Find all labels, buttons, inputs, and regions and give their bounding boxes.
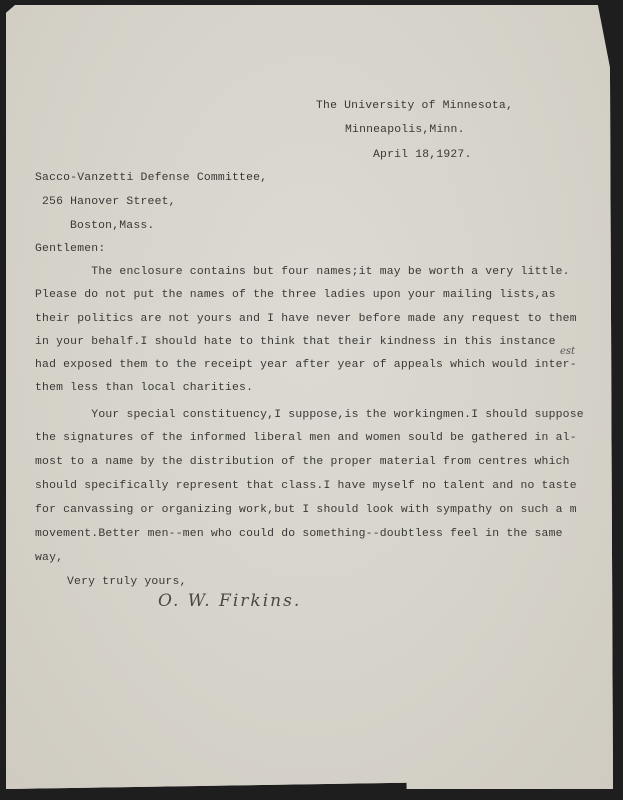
body-line: in your behalf.I should hate to think th…: [35, 336, 556, 348]
body-line: most to a name by the distribution of th…: [35, 456, 570, 468]
handwritten-insertion: est: [560, 346, 575, 357]
body-line: The enclosure contains but four names;it…: [35, 266, 570, 278]
salutation: Gentlemen:: [35, 243, 105, 255]
header-date: April 18,1927.: [373, 149, 472, 161]
body-line: Please do not put the names of the three…: [35, 289, 556, 301]
recipient-city: Boston,Mass.: [70, 220, 154, 232]
recipient-street: 256 Hanover Street,: [42, 196, 176, 208]
header-institution: The University of Minnesota,: [316, 100, 513, 112]
body-line: for canvassing or organizing work,but I …: [35, 504, 577, 516]
body-line: their politics are not yours and I have …: [35, 313, 577, 325]
body-line: movement.Better men--men who could do so…: [35, 528, 563, 540]
closing: Very truly yours,: [67, 576, 187, 588]
header-city: Minneapolis,Minn.: [345, 124, 465, 136]
body-line: Your special constituency,I suppose,is t…: [35, 409, 584, 421]
recipient-name: Sacco-Vanzetti Defense Committee,: [35, 172, 267, 184]
body-line: had exposed them to the receipt year aft…: [35, 359, 577, 371]
body-line: way,: [35, 552, 63, 564]
letter-page: [6, 5, 613, 789]
body-line: should specifically represent that class…: [35, 480, 577, 492]
body-line: them less than local charities.: [35, 382, 253, 394]
signature: O. W. Firkins.: [158, 591, 301, 611]
body-line: the signatures of the informed liberal m…: [35, 432, 577, 444]
